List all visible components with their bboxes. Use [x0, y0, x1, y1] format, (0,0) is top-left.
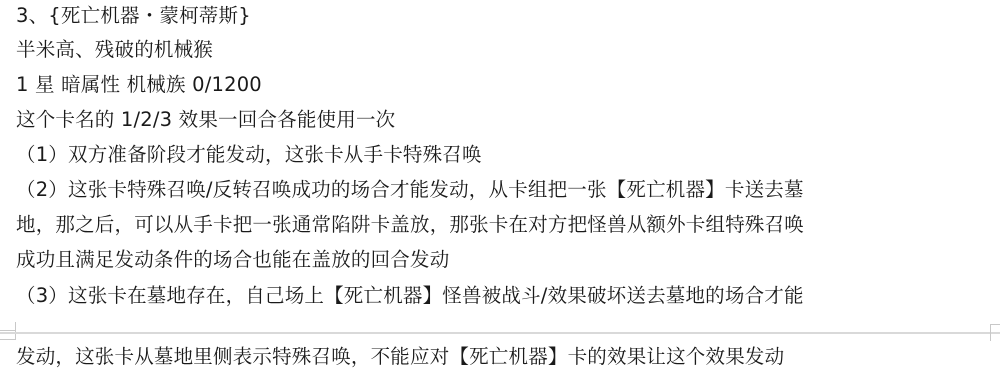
effect-1: （1）双方准备阶段才能发动，这张卡从手卡特殊召唤: [16, 141, 482, 169]
document-page: 3、{死亡机器・蒙柯蒂斯} 半米高、残破的机械猴 1 星 暗属性 机械族 0/1…: [0, 0, 1000, 380]
effect-3-line-2: 发动，这张卡从墓地里侧表示特殊召唤，不能应对【死亡机器】卡的效果让这个效果发动: [16, 343, 784, 371]
card-heading: 3、{死亡机器・蒙柯蒂斯}: [16, 2, 251, 30]
page-corner-mark-left: [0, 322, 16, 340]
effect-2-line-1: （2）这张卡特殊召唤/反转召唤成功的场合才能发动，从卡组把一张【死亡机器】卡送去…: [16, 176, 804, 204]
card-restriction: 这个卡名的 1/2/3 效果一回合各能使用一次: [16, 106, 395, 134]
page-break-divider: [0, 332, 1000, 334]
effect-3-line-1: （3）这张卡在墓地存在，自己场上【死亡机器】怪兽被战斗/效果破坏送去墓地的场合才…: [16, 282, 804, 310]
effect-2-line-2: 地，那之后，可以从手卡把一张通常陷阱卡盖放，那张卡在对方把怪兽从额外卡组特殊召唤: [16, 211, 804, 239]
card-stats: 1 星 暗属性 机械族 0/1200: [16, 71, 262, 99]
effect-2-line-3: 成功且满足发动条件的场合也能在盖放的回合发动: [16, 246, 449, 274]
card-description: 半米高、残破的机械猴: [16, 36, 213, 64]
page-corner-mark-right: [990, 324, 1000, 341]
